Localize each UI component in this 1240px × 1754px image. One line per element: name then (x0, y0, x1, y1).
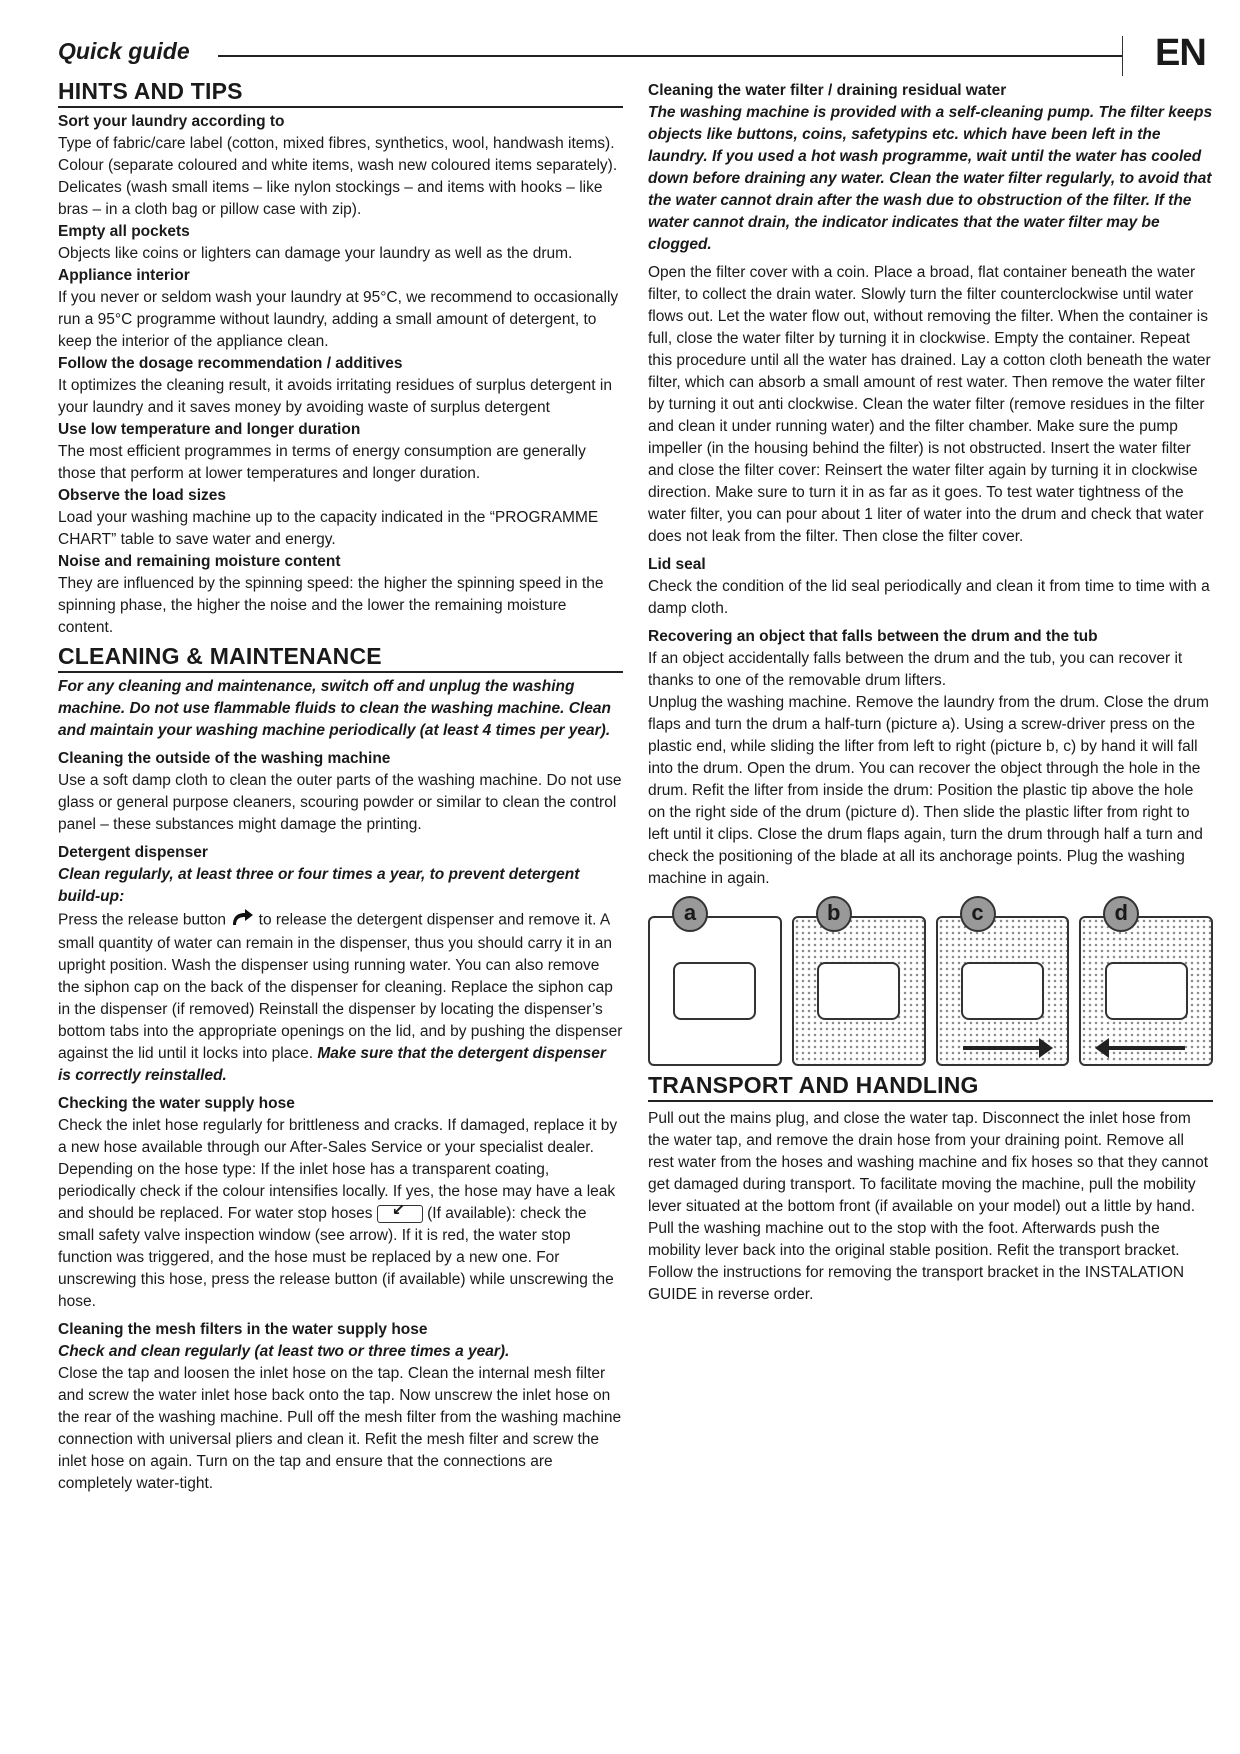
dispenser-text-a: Press the release button (58, 912, 226, 929)
right-column: Cleaning the water filter / draining res… (648, 80, 1213, 1306)
hint-heading: Noise and remaining moisture content (58, 551, 623, 573)
recover-text-1: If an object accidentally falls between … (648, 648, 1213, 692)
hint-heading: Use low temperature and longer duration (58, 419, 623, 441)
figure-a-drum-illustration: a (648, 916, 782, 1066)
hint-text: The most efficient programmes in terms o… (58, 441, 623, 485)
hint-item: Empty all pocketsObjects like coins or l… (58, 221, 623, 265)
figure-label: c (960, 896, 996, 932)
filter-note: The washing machine is provided with a s… (648, 102, 1213, 256)
section-title-transport: TRANSPORT AND HANDLING (648, 1072, 1213, 1102)
hint-item: Use low temperature and longer durationT… (58, 419, 623, 485)
figure-label: a (672, 896, 708, 932)
mesh-note: Check and clean regularly (at least two … (58, 1341, 623, 1363)
mesh-heading: Cleaning the mesh filters in the water s… (58, 1319, 623, 1341)
release-button-arrow-icon (230, 908, 254, 933)
figure-label: b (816, 896, 852, 932)
arrow-left-icon (1107, 1046, 1185, 1050)
page-header-title: Quick guide (58, 38, 190, 65)
lifter-shape (961, 962, 1044, 1020)
left-column: HINTS AND TIPS Sort your laundry accordi… (58, 78, 623, 1495)
outside-heading: Cleaning the outside of the washing mach… (58, 748, 623, 770)
hint-text: Load your washing machine up to the capa… (58, 507, 623, 551)
hint-item: Appliance interiorIf you never or seldom… (58, 265, 623, 353)
lifter-shape (1105, 962, 1188, 1020)
hint-heading: Appliance interior (58, 265, 623, 287)
cleaning-intro: For any cleaning and maintenance, switch… (58, 676, 623, 742)
hint-heading: Observe the load sizes (58, 485, 623, 507)
recover-heading: Recovering an object that falls between … (648, 626, 1213, 648)
dispenser-note: Clean regularly, at least three or four … (58, 864, 623, 908)
figure-c-slide-right-illustration: c (936, 916, 1070, 1066)
hint-heading: Empty all pockets (58, 221, 623, 243)
hint-text: Type of fabric/care label (cotton, mixed… (58, 133, 623, 221)
outside-text: Use a soft damp cloth to clean the outer… (58, 770, 623, 836)
figure-d-slide-left-illustration: d (1079, 916, 1213, 1066)
figure-b-screwdriver-illustration: b (792, 916, 926, 1066)
dispenser-heading: Detergent dispenser (58, 842, 623, 864)
hose-heading: Checking the water supply hose (58, 1093, 623, 1115)
lifter-shape (817, 962, 900, 1020)
filter-heading: Cleaning the water filter / draining res… (648, 80, 1213, 102)
hint-item: Follow the dosage recommendation / addit… (58, 353, 623, 419)
transport-text: Pull out the mains plug, and close the w… (648, 1108, 1213, 1306)
section-title-cleaning: CLEANING & MAINTENANCE (58, 643, 623, 673)
header-divider-tick (1122, 36, 1123, 76)
language-tag: EN (1155, 32, 1206, 75)
recover-text-2: Unplug the washing machine. Remove the l… (648, 692, 1213, 890)
hint-heading: Sort your laundry according to (58, 111, 623, 133)
hose-text: Check the inlet hose regularly for britt… (58, 1115, 623, 1313)
figure-label: d (1103, 896, 1139, 932)
header-divider (218, 55, 1123, 57)
lid-text: Check the condition of the lid seal peri… (648, 576, 1213, 620)
hint-text: Objects like coins or lighters can damag… (58, 243, 623, 265)
water-stop-hose-icon (377, 1205, 423, 1223)
filter-text: Open the filter cover with a coin. Place… (648, 262, 1213, 548)
drum-lifter-figures: a b c d (648, 916, 1213, 1066)
hint-text: They are influenced by the spinning spee… (58, 573, 623, 639)
hint-item: Observe the load sizesLoad your washing … (58, 485, 623, 551)
mesh-text: Close the tap and loosen the inlet hose … (58, 1363, 623, 1495)
section-title-hints: HINTS AND TIPS (58, 78, 623, 108)
hint-text: If you never or seldom wash your laundry… (58, 287, 623, 353)
hint-text: It optimizes the cleaning result, it avo… (58, 375, 623, 419)
hint-item: Sort your laundry according toType of fa… (58, 111, 623, 221)
hint-heading: Follow the dosage recommendation / addit… (58, 353, 623, 375)
drum-opening (673, 962, 756, 1020)
dispenser-text: Press the release button to release the … (58, 908, 623, 1087)
lid-heading: Lid seal (648, 554, 1213, 576)
arrow-right-icon (963, 1046, 1041, 1050)
hint-item: Noise and remaining moisture contentThey… (58, 551, 623, 639)
dispenser-text-b: to release the detergent dispenser and r… (58, 912, 622, 1062)
